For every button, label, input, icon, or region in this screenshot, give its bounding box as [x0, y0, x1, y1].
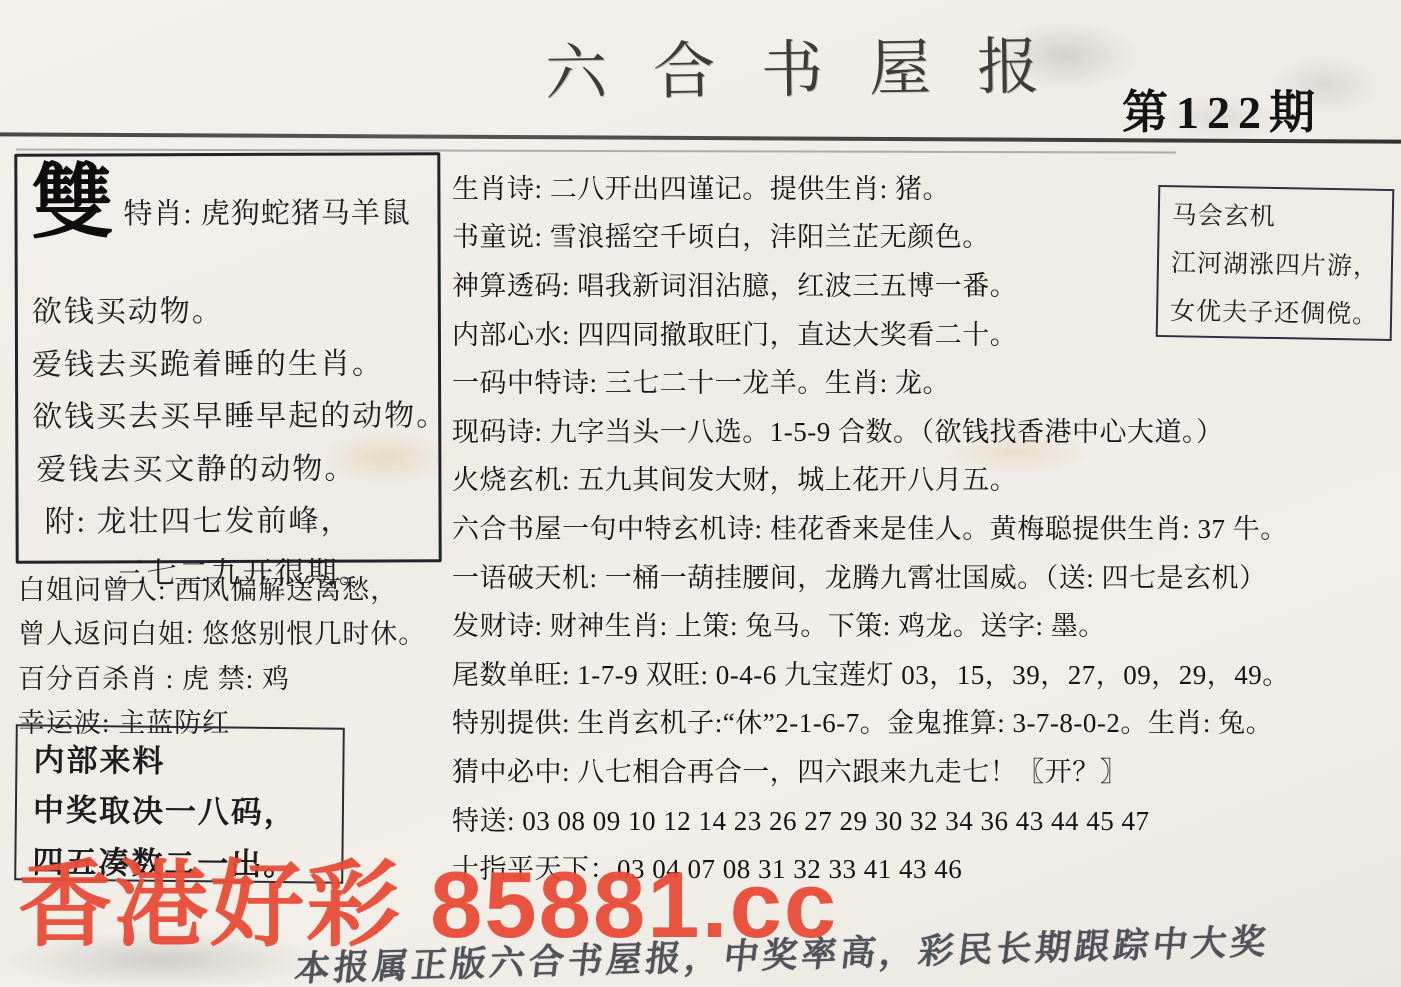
tip-line: 一码中特诗: 三七二十一龙羊。生肖: 龙。 [452, 356, 1401, 405]
tip-line: 欲钱买去买早睡早起的动物。 [32, 390, 448, 435]
tip-line: 特送: 03 08 09 10 12 14 23 26 27 29 30 32 … [452, 794, 1401, 843]
tip-line: 曾人返问白姐: 悠悠别恨几时休。 [18, 610, 438, 655]
double-character: 雙 [31, 164, 113, 242]
tip-line: 附: 龙壮四七发前峰， [44, 496, 352, 541]
baijie-section: 白姐问曾人: 西风偏解送离愁， 曾人返问白姐: 悠悠别恨几时休。 百分百杀肖 :… [18, 565, 438, 743]
page-title: 六合书屋报 [544, 17, 1025, 113]
special-zodiac-box: 雙 特肖: 虎狗蛇猪马羊鼠 欲钱买动物。 爱钱去买跪着睡的生肖。 欲钱买去买早睡… [14, 152, 441, 563]
newspaper-page: 六合书屋报 第122期 雙 特肖: 虎狗蛇猪马羊鼠 欲钱买动物。 爱钱去买跪着睡… [0, 0, 1401, 987]
tip-line: 江河湖涨四片游， [1171, 243, 1380, 283]
special-zodiac-line: 特肖: 虎狗蛇猪马羊鼠 [123, 190, 410, 242]
jockey-club-mystery-box: 马会玄机 江河湖涨四片游， 女优夫子还倜傥。 [1156, 185, 1395, 341]
tip-line: 现码诗: 九字当头一八选。1-5-9 合数。（欲钱找香港中心大道。） [452, 405, 1401, 454]
tip-line: 猜中必中: 八七相合再合一，四六跟来九走七！〖开？〗 [452, 745, 1401, 794]
tip-line: 白姐问曾人: 西风偏解送离愁， [18, 565, 438, 610]
tip-line: 尾数单旺: 1-7-9 双旺: 0-4-6 九宝莲灯 03，15，39，27，0… [452, 648, 1401, 697]
tip-line: 爱钱去买文静的动物。 [36, 444, 356, 489]
tip-line: 特别提供: 生肖玄机子:“休”2-1-6-7。金鬼推算: 3-7-8-0-2。生… [452, 697, 1401, 746]
tip-line: 百分百杀肖 : 虎 禁: 鸡 [18, 654, 438, 699]
tip-line: 六合书屋一句中特玄机诗: 桂花香来是佳人。黄梅聪提供生肖: 37 牛。 [452, 502, 1401, 551]
tip-line: 中奖取决一八码， [33, 784, 297, 832]
tip-line: 马会玄机 [1172, 195, 1277, 233]
tip-line: 一语破天机: 一桶一葫挂腰间，龙腾九霄壮国威。（送: 四七是玄机） [452, 551, 1401, 600]
issue-number: 第122期 [1122, 76, 1323, 142]
watermark-text: 香港好彩 85881.cc [18, 858, 838, 952]
tip-line: 内部来料 [33, 734, 165, 780]
tip-line: 发财诗: 财神生肖: 上策: 兔马。下策: 鸡龙。送字: 墨。 [452, 599, 1401, 648]
tip-line: 爱钱去买跪着睡的生肖。 [32, 338, 384, 383]
special-box-headline: 雙 特肖: 虎狗蛇猪马羊鼠 [31, 163, 411, 242]
tip-line: 女优夫子还倜傥。 [1170, 291, 1379, 331]
tip-line: 火烧玄机: 五九其间发大财，城上花开八月五。 [452, 454, 1401, 503]
tip-line: 欲钱买动物。 [32, 286, 224, 331]
